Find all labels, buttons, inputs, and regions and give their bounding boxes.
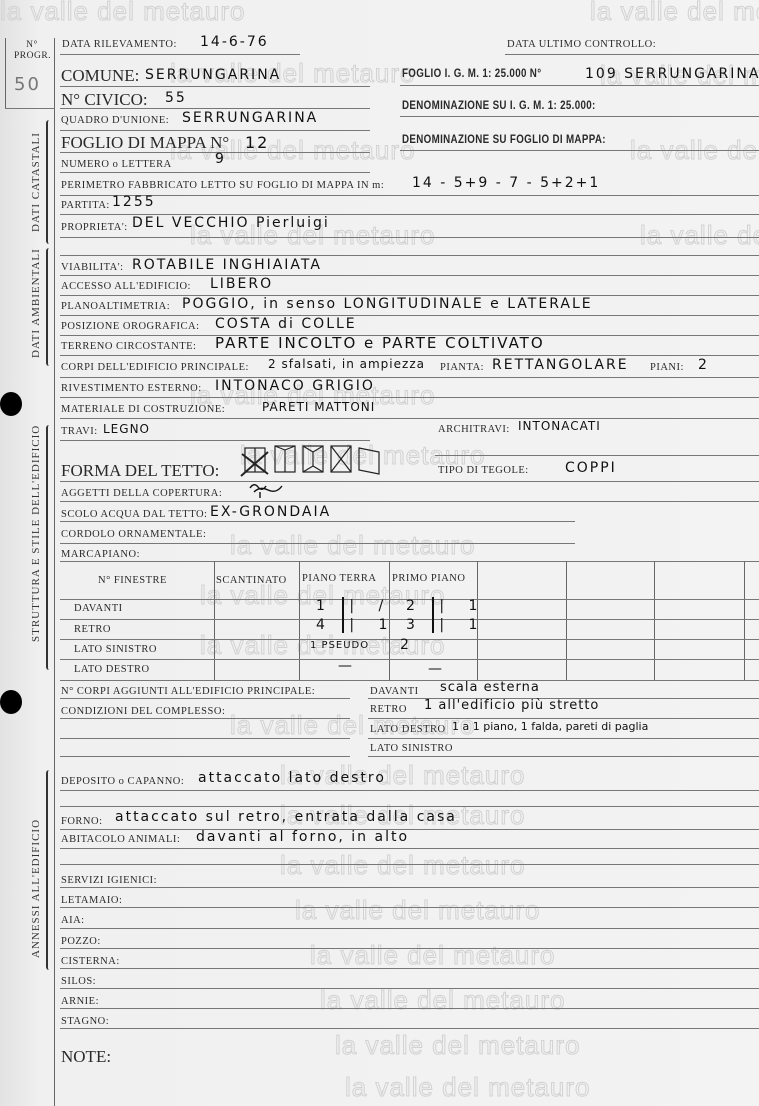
- row-label-lato-sinistro: LATO SINISTRO: [74, 644, 157, 655]
- scolo-value[interactable]: EX-GRONDAIA: [210, 504, 331, 520]
- aggetti-sketch-icon: [248, 478, 288, 500]
- aggetti-label: AGGETTI DELLA COPERTURA:: [61, 488, 222, 499]
- perimetro-value[interactable]: 14 - 5+9 - 7 - 5+2+1: [412, 175, 600, 191]
- watermark: la valle del metauro: [310, 940, 555, 971]
- cell-retro-primo-piano[interactable]: 3 | 1: [406, 617, 487, 633]
- materiale-label: MATERIALE DI COSTRUZIONE:: [61, 404, 225, 415]
- planoaltimetria-value[interactable]: POGGIO, in senso LONGITUDINALE e LATERAL…: [182, 296, 593, 312]
- header-finestre: N° FINESTRE: [98, 575, 167, 586]
- travi-label: TRAVI:: [61, 426, 98, 437]
- roof-option-gable-icon: [275, 446, 295, 472]
- deposito-value[interactable]: attaccato lato destro: [198, 770, 386, 786]
- retro-value[interactable]: 1 all'edificio più stretto: [424, 698, 599, 713]
- civico-label: N° CIVICO:: [61, 90, 148, 110]
- forno-value[interactable]: attaccato sul retro, entrata dalla casa: [115, 809, 457, 825]
- numero-label: NUMERO o LETTERA: [61, 159, 172, 170]
- travi-value[interactable]: LEGNO: [103, 422, 150, 436]
- davanti-value[interactable]: scala esterna: [440, 680, 540, 695]
- watermark: la valle del metauro: [640, 220, 759, 251]
- partita-label: PARTITA:: [61, 200, 110, 211]
- section-label-annessi: ANNESSI ALL'EDIFICIO: [30, 819, 42, 958]
- row-label-retro: RETRO: [74, 624, 111, 635]
- terreno-value[interactable]: PARTE INCOLTO e PARTE COLTIVATO: [215, 334, 545, 352]
- foglio-mappa-value[interactable]: 12: [245, 133, 269, 152]
- tegole-value[interactable]: COPPI: [565, 460, 617, 476]
- progr-value: 50: [14, 74, 41, 95]
- cell-retro-piano-terra[interactable]: 4 | 1: [316, 617, 397, 633]
- piani-value[interactable]: 2: [698, 357, 709, 373]
- cordolo-label: CORDOLO ORNAMENTALE:: [61, 529, 206, 540]
- piani-label: PIANI:: [650, 362, 684, 373]
- survey-form-page: la valle del metauro la valle del metaur…: [0, 0, 759, 1106]
- materiale-value[interactable]: PARETI MATTONI: [262, 400, 375, 414]
- section-label-ambientali: DATI AMBIENTALI: [30, 248, 42, 358]
- civico-value[interactable]: 55: [165, 90, 187, 106]
- cell-lato-destro-primo-piano[interactable]: —: [428, 661, 444, 677]
- condizioni-label: CONDIZIONI DEL COMPLESSO:: [61, 706, 225, 717]
- quadro-label: QUADRO D'UNIONE:: [61, 115, 169, 126]
- watermark: la valle del metauro: [345, 1072, 590, 1103]
- letamaio-label: LETAMAIO:: [61, 895, 122, 906]
- lato-destro-value[interactable]: 1 a 1 piano, 1 falda, pareti di paglia: [452, 720, 648, 733]
- davanti-label: DAVANTI: [370, 686, 419, 697]
- lato-sinistro-label: LATO SINISTRO: [370, 743, 453, 754]
- forma-tetto-label: FORMA DEL TETTO:: [61, 461, 219, 481]
- abitacolo-value[interactable]: davanti al forno, in alto: [196, 829, 409, 845]
- section-label-struttura: STRUTTURA E STILE DELL'EDIFICIO: [30, 425, 42, 642]
- deposito-label: DEPOSITO o CAPANNO:: [61, 776, 184, 787]
- terreno-label: TERRENO CIRCOSTANTE:: [61, 341, 196, 352]
- row-label-davanti: DAVANTI: [74, 603, 123, 614]
- posizione-value[interactable]: COSTA di COLLE: [215, 316, 357, 332]
- foglio-igm-label: FOGLIO I. G. M. 1: 25.000 N°: [402, 68, 541, 80]
- perimetro-label: PERIMETRO FABBRICATO LETTO SU FOGLIO DI …: [61, 180, 384, 191]
- data-rilevamento-value[interactable]: 14-6-76: [200, 34, 269, 50]
- watermark: la valle del metauro: [0, 0, 245, 27]
- rivestimento-value[interactable]: INTONACO GRIGIO: [215, 378, 375, 394]
- partita-value[interactable]: 1255: [112, 194, 156, 210]
- watermark: la valle del metauro: [230, 530, 475, 561]
- architravi-label: ARCHITRAVI:: [438, 424, 510, 435]
- row-label-lato-destro: LATO DESTRO: [74, 664, 150, 675]
- scolo-label: SCOLO ACQUA DAL TETTO:: [61, 509, 207, 520]
- abitacolo-label: ABITACOLO ANIMALI:: [61, 834, 180, 845]
- quadro-value[interactable]: SERRUNGARINA: [182, 110, 318, 126]
- data-ultimo-controllo-label: DATA ULTIMO CONTROLLO:: [507, 39, 656, 50]
- tegole-label: TIPO DI TEGOLE:: [438, 465, 529, 476]
- comune-value[interactable]: SERRUNGARINA: [145, 67, 281, 83]
- numero-value[interactable]: 9: [215, 151, 226, 167]
- cell-lato-sinistro-piano-terra[interactable]: 1 PSEUDO: [310, 640, 369, 651]
- roof-shape-options[interactable]: [240, 442, 385, 478]
- cisterna-label: CISTERNA:: [61, 956, 120, 967]
- stagno-label: STAGNO:: [61, 1016, 109, 1027]
- roof-option-crossed-icon: [241, 448, 268, 476]
- watermark: la valle del metauro: [590, 0, 759, 27]
- pianta-value[interactable]: RETTANGOLARE: [492, 357, 629, 373]
- watermark: la valle del metauro: [320, 985, 565, 1016]
- den-foglio-label: DENOMINAZIONE SU FOGLIO DI MAPPA:: [402, 134, 606, 146]
- den-igm-label: DENOMINAZIONE SU I. G. M. 1: 25.000:: [402, 100, 596, 112]
- note-label: NOTE:: [61, 1047, 111, 1067]
- watermark: la valle del metauro: [335, 1030, 580, 1061]
- binding-hole: [0, 392, 22, 416]
- pianta-label: PIANTA:: [440, 362, 484, 373]
- roof-option-shed-icon: [359, 448, 379, 474]
- watermark: la valle del metauro: [280, 850, 525, 881]
- corpi-aggiunti-label: N° CORPI AGGIUNTI ALL'EDIFICIO PRINCIPAL…: [61, 686, 315, 697]
- viabilita-label: VIABILITA':: [61, 262, 124, 273]
- header-primo-piano: PRIMO PIANO: [392, 573, 465, 584]
- proprieta-value[interactable]: DEL VECCHIO Pierluigi: [132, 215, 330, 231]
- binding-hole: [0, 690, 22, 714]
- watermark: la valle del metauro: [295, 895, 540, 926]
- cell-davanti-primo-piano[interactable]: 2 | 1: [406, 598, 487, 614]
- section-label-catastali: DATI CATASTALI: [30, 132, 42, 232]
- architravi-value[interactable]: INTONACATI: [518, 419, 601, 433]
- pozzo-label: POZZO:: [61, 936, 101, 947]
- servizi-label: SERVIZI IGIENICI:: [61, 875, 157, 886]
- accesso-value[interactable]: LIBERO: [210, 276, 273, 292]
- roof-option-pavilion-icon: [331, 446, 351, 472]
- accesso-label: ACCESSO ALL'EDIFICIO:: [61, 281, 191, 292]
- cell-lato-sinistro-primo-piano[interactable]: 2: [400, 637, 411, 653]
- marcapiano-label: MARCAPIANO:: [61, 549, 140, 560]
- cell-lato-destro-piano-terra[interactable]: —: [338, 658, 354, 674]
- comune-label: COMUNE:: [61, 66, 139, 86]
- planoaltimetria-label: PLANOALTIMETRIA:: [61, 301, 170, 312]
- aia-label: AIA:: [61, 915, 85, 926]
- forno-label: FORNO:: [61, 816, 103, 827]
- corpi-value[interactable]: 2 sfalsati, in ampiezza: [268, 357, 425, 371]
- foglio-mappa-label: FOGLIO DI MAPPA N°: [61, 133, 229, 153]
- retro-label: RETRO: [370, 704, 407, 715]
- data-rilevamento-label: DATA RILEVAMENTO:: [62, 39, 177, 50]
- rivestimento-label: RIVESTIMENTO ESTERNO:: [61, 383, 202, 394]
- header-scantinato: SCANTINATO: [216, 575, 287, 586]
- cell-davanti-piano-terra[interactable]: 1 | /: [316, 598, 393, 614]
- progr-label: N° PROGR.: [14, 40, 50, 62]
- posizione-label: POSIZIONE OROGRAFICA:: [61, 321, 200, 332]
- corpi-label: CORPI DELL'EDIFICIO PRINCIPALE:: [61, 362, 249, 373]
- proprieta-label: PROPRIETA':: [61, 222, 128, 233]
- lato-destro-label: LATO DESTRO: [370, 724, 446, 735]
- header-piano-terra: PIANO TERRA: [302, 573, 376, 584]
- foglio-igm-value[interactable]: 109 SERRUNGARINA: [585, 66, 759, 82]
- arnie-label: ARNIE:: [61, 996, 99, 1007]
- silos-label: SILOS:: [61, 976, 96, 987]
- roof-option-hip-icon: [303, 446, 323, 472]
- viabilita-value[interactable]: ROTABILE INGHIAIATA: [132, 257, 322, 273]
